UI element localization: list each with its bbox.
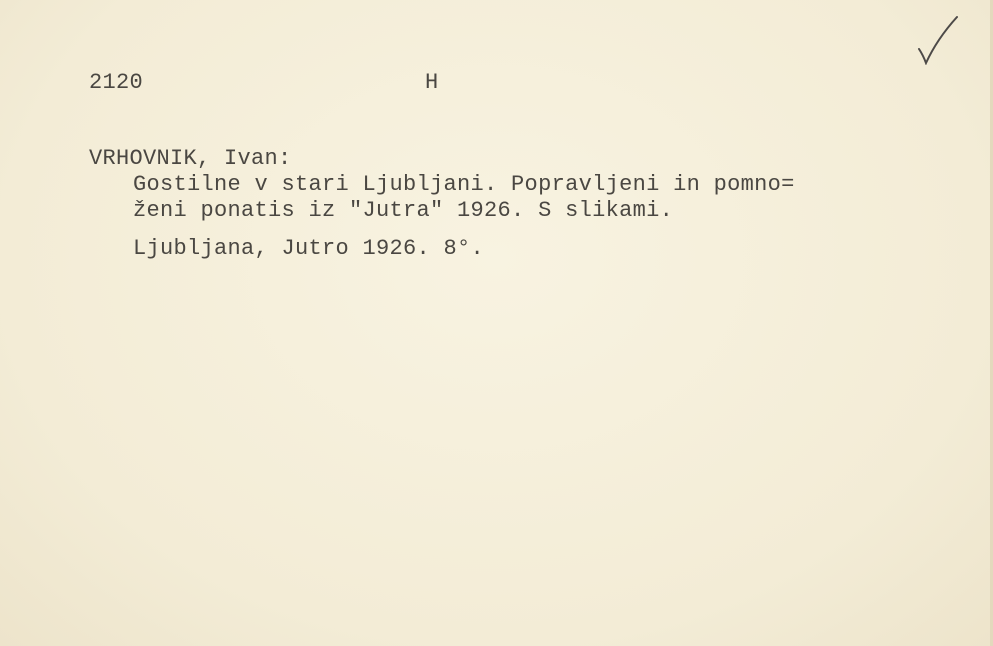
- checkmark-icon: [915, 15, 960, 65]
- catalog-card: 2120 H VRHOVNIK, Ivan: Gostilne v stari …: [0, 0, 993, 646]
- author-heading: VRHOVNIK, Ivan:: [89, 146, 292, 171]
- imprint-line: Ljubljana, Jutro 1926. 8°.: [133, 236, 484, 261]
- catalog-number: 2120: [89, 70, 143, 95]
- shelf-signature: H: [425, 70, 439, 95]
- title-line-1: Gostilne v stari Ljubljani. Popravljeni …: [133, 172, 795, 197]
- title-line-2: ženi ponatis iz "Jutra" 1926. S slikami.: [133, 198, 673, 223]
